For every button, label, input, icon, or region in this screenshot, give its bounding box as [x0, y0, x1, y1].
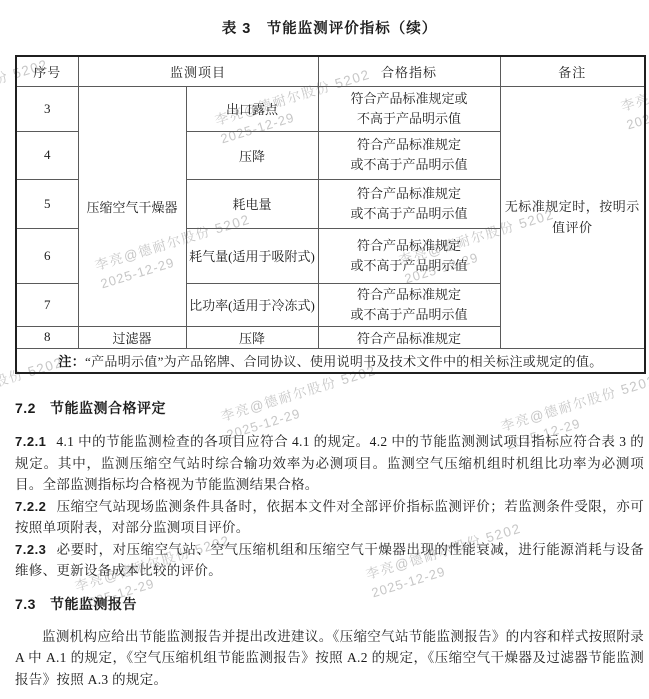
indicator-line: 符合产品标准规定: [321, 184, 498, 204]
table-row: 3 压缩空气干燥器 出口露点 符合产品标准规定或 不高于产品明示值 无标准规定时…: [16, 86, 645, 131]
header-indicator: 合格指标: [318, 56, 500, 86]
serial-cell: 3: [16, 86, 78, 131]
table-header-row: 序号 监测项目 合格指标 备注: [16, 56, 645, 86]
indicator-line: 符合产品标准规定或: [321, 89, 498, 109]
table-note-row: 注：“产品明示值”为产品铭牌、合同协议、使用说明书及技术文件中的相关标注或规定的…: [16, 348, 645, 373]
document-page: { "title": "表 3 节能监测评价指标（续）", "table": {…: [0, 0, 649, 699]
clause-text: 监测机构应给出节能监测报告并提出改进建议。《压缩空气站节能监测报告》的内容和样式…: [15, 629, 644, 687]
indicator-cell: 符合产品标准规定 或不高于产品明示值: [318, 283, 500, 326]
note-cell: 注：“产品明示值”为产品铭牌、合同协议、使用说明书及技术文件中的相关标注或规定的…: [16, 348, 645, 373]
serial-cell: 4: [16, 131, 78, 179]
item-cell: 出口露点: [186, 86, 318, 131]
clause-7-2-3: 7.2.3必要时，对压缩空气站、空气压缩机组和压缩空气干燥器出现的性能衰减，进行…: [15, 539, 644, 582]
section-heading-7-3: 7.3节能监测报告: [15, 595, 644, 613]
item-cell: 压降: [186, 131, 318, 179]
indicator-line: 或不高于产品明示值: [321, 305, 498, 325]
indicator-cell: 符合产品标准规定: [318, 326, 500, 348]
item-cell: 比功率(适用于冷冻式): [186, 283, 318, 326]
header-item: 监测项目: [78, 56, 318, 86]
clause-text: 4.1 中的节能监测检查的各项目应符合 4.1 的规定。4.2 中的节能监测测试…: [15, 434, 644, 492]
section-title: 节能监测合格评定: [50, 400, 166, 416]
indicator-line: 不高于产品明示值: [321, 109, 498, 129]
indicator-cell: 符合产品标准规定 或不高于产品明示值: [318, 131, 500, 179]
clause-text: 压缩空气站现场监测条件具备时，依据本文件对全部评价指标监测评价；若监测条件受限，…: [15, 499, 644, 536]
header-remark: 备注: [500, 56, 645, 86]
section-heading-7-2: 7.2节能监测合格评定: [15, 399, 644, 417]
clause-number: 7.2.3: [15, 542, 46, 557]
indicator-cell: 符合产品标准规定或 不高于产品明示值: [318, 86, 500, 131]
serial-cell: 6: [16, 228, 78, 283]
indicators-table: 序号 监测项目 合格指标 备注 3 压缩空气干燥器 出口露点 符合产品标准规定或…: [15, 55, 646, 374]
clause-7-2-1: 7.2.14.1 中的节能监测检查的各项目应符合 4.1 的规定。4.2 中的节…: [15, 431, 644, 496]
header-serial: 序号: [16, 56, 78, 86]
section-title: 节能监测报告: [50, 596, 137, 612]
clause-number: 7.2.2: [15, 499, 46, 514]
item-cell: 耗电量: [186, 179, 318, 228]
clause-7-2-2: 7.2.2压缩空气站现场监测条件具备时，依据本文件对全部评价指标监测评价；若监测…: [15, 496, 644, 539]
serial-cell: 5: [16, 179, 78, 228]
note-label: 注：: [58, 354, 85, 369]
clauses-section: 7.2节能监测合格评定 7.2.14.1 中的节能监测检查的各项目应符合 4.1…: [15, 399, 644, 690]
item-cell: 压降: [186, 326, 318, 348]
indicator-line: 符合产品标准规定: [321, 285, 498, 305]
serial-cell: 7: [16, 283, 78, 326]
section-number: 7.3: [15, 596, 36, 612]
indicator-line: 或不高于产品明示值: [321, 256, 498, 276]
serial-cell: 8: [16, 326, 78, 348]
indicator-line: 符合产品标准规定: [321, 236, 498, 256]
indicator-line: 或不高于产品明示值: [321, 155, 498, 175]
item-cell: 耗气量(适用于吸附式): [186, 228, 318, 283]
indicator-cell: 符合产品标准规定 或不高于产品明示值: [318, 179, 500, 228]
indicator-cell: 符合产品标准规定 或不高于产品明示值: [318, 228, 500, 283]
note-text: “产品明示值”为产品铭牌、合同协议、使用说明书及技术文件中的相关标注或规定的值。: [85, 354, 603, 369]
indicator-line: 符合产品标准规定: [321, 135, 498, 155]
indicator-line: 或不高于产品明示值: [321, 204, 498, 224]
table-title: 表 3 节能监测评价指标（续）: [15, 17, 644, 38]
clause-7-3-body: 监测机构应给出节能监测报告并提出改进建议。《压缩空气站节能监测报告》的内容和样式…: [15, 626, 644, 691]
section-number: 7.2: [15, 400, 36, 416]
clause-text: 必要时，对压缩空气站、空气压缩机组和压缩空气干燥器出现的性能衰减，进行能源消耗与…: [15, 542, 644, 579]
item-group-cell: 过滤器: [78, 326, 186, 348]
clause-number: 7.2.1: [15, 434, 46, 449]
remark-cell: 无标准规定时，按明示值评价: [500, 86, 645, 348]
item-group-cell: 压缩空气干燥器: [78, 86, 186, 326]
